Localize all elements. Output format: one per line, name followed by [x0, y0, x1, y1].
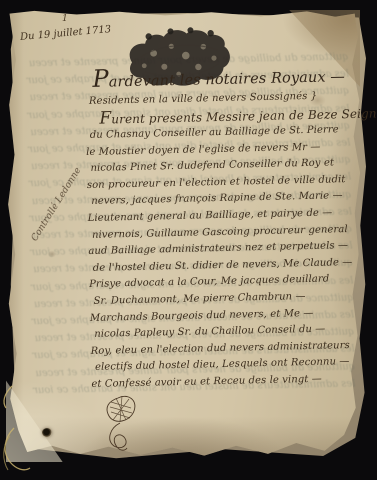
binding-threads: [0, 376, 44, 480]
manuscript-body: Pardevant les notaires Royaux — Resident…: [84, 69, 353, 395]
page-number-mark: 1: [62, 14, 68, 24]
paraph-flourish-icon: [96, 392, 144, 458]
archive-photograph: { "colors": { "background": "#0b0a0c", "…: [0, 0, 377, 480]
